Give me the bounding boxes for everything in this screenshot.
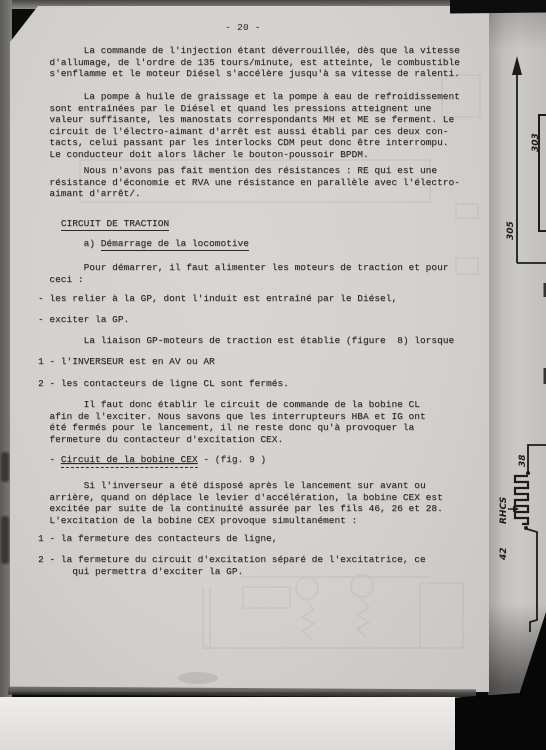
text-line: fermeture du contacteur d'excitation CEX… (38, 434, 483, 446)
document-page: - 20 - La commande de l'injection étant … (10, 6, 489, 692)
binding-mark (1, 452, 9, 482)
box-303-outline (539, 115, 546, 231)
paragraph-3: Nous n'avons pas fait mention des résist… (38, 165, 483, 200)
text-line: L'excitation de la bobine CEX provoque s… (38, 515, 483, 527)
paragraph-10: 1 - l'INVERSEUR est en AV ou AR (38, 356, 483, 368)
text-line: Si l'inverseur a été disposé après le la… (38, 480, 483, 492)
paragraph-5: a) Démarrage de la locomotive (38, 238, 483, 250)
text-line: - Circuit de la bobine CEX - (fig. 9 ) (38, 454, 483, 466)
paragraph-8: - exciter la GP. (38, 314, 483, 326)
circuit-diagram-fragment: 305 303 38 RHCS 42 (495, 0, 546, 700)
text-line: arrière, quand on déplace le levier d'ac… (38, 492, 483, 504)
scanned-document: - 20 - La commande de l'injection étant … (0, 0, 546, 750)
paragraph-15: 1 - la fermeture des contacteurs de lign… (38, 533, 483, 545)
wire-label-305: 305 (506, 221, 516, 240)
text-line: tacts, celui passant par les interlocks … (38, 137, 483, 149)
text-line: 1 - l'INVERSEUR est en AV ou AR (38, 356, 483, 368)
wire-label-38: 38 (518, 454, 528, 467)
wire-38-line (528, 445, 546, 471)
text-line: ceci : (38, 274, 483, 286)
text-line: a) Démarrage de la locomotive (38, 238, 483, 250)
resistor-label-rhcs: RHCS (499, 497, 509, 524)
text-line: 1 - la fermeture des contacteurs de lign… (38, 533, 483, 545)
page-number: - 20 - (38, 22, 448, 33)
paragraph-1: La commande de l'injection étant déverro… (38, 45, 483, 80)
text-line: Pour démarrer, il faut alimenter les mot… (38, 262, 483, 274)
text-line: s'enflamme et le moteur Diésel s'accélèr… (38, 68, 483, 80)
text-line: excitée par suite de la continuité assur… (38, 503, 483, 515)
text-line: - les relier à la GP, dont l'induit est … (38, 293, 483, 305)
text-line: Le conducteur doit alors lâcher le bouto… (38, 149, 483, 161)
text-line: afin de l'exciter. Nous savons que les i… (38, 411, 483, 423)
text-line: La liaison GP-moteurs de traction est ét… (38, 335, 483, 347)
paragraph-6: Pour démarrer, il faut alimenter les mot… (38, 262, 483, 285)
text-line: circuit de l'électro-aimant d'arrêt est … (38, 126, 483, 138)
text-line: valeur suffisante, les manostats corresp… (38, 114, 483, 126)
junction-dot (524, 526, 528, 530)
paragraph-7: - les relier à la GP, dont l'induit est … (38, 293, 483, 305)
text-line: La commande de l'injection étant déverro… (38, 45, 483, 57)
paragraph-4: CIRCUIT DE TRACTION (38, 218, 483, 230)
paragraph-12: Il faut donc établir le circuit de comma… (38, 399, 483, 445)
paragraph-16: 2 - la fermeture du circuit d'excitation… (38, 554, 483, 577)
paragraph-2: La pompe à huile de graissage et la pomp… (38, 91, 483, 160)
text-line: sont entraînées par le Diésel et quand l… (38, 103, 483, 115)
text-line: Il faut donc établir le circuit de comma… (38, 399, 483, 411)
wire-label-42: 42 (499, 547, 509, 561)
text-line: aimant d'arrêt/. (38, 188, 483, 200)
wire-42-line (527, 529, 537, 632)
scan-surface-bottom (0, 697, 472, 750)
junction-dot (526, 471, 530, 475)
binding-mark (1, 516, 9, 564)
arrowhead-icon (512, 56, 522, 75)
paragraph-11: 2 - les contacteurs de ligne CL sont fer… (38, 378, 483, 390)
text-line: 2 - la fermeture du circuit d'excitation… (38, 554, 483, 566)
paragraph-9: La liaison GP-moteurs de traction est ét… (38, 335, 483, 347)
text-line: 2 - les contacteurs de ligne CL sont fer… (38, 378, 483, 390)
resistor-rhcs (515, 476, 528, 524)
paragraph-14: Si l'inverseur a été disposé après le la… (38, 480, 483, 526)
paragraph-13: - Circuit de la bobine CEX - (fig. 9 ) (38, 454, 483, 466)
text-line: - exciter la GP. (38, 314, 483, 326)
text-line: été fermés pour le lancement, il ne rest… (38, 422, 483, 434)
wire-label-303: 303 (531, 133, 541, 152)
text-line: qui permettra d'exciter la GP. (38, 566, 483, 578)
text-line: Nous n'avons pas fait mention des résist… (38, 165, 483, 177)
text-line: CIRCUIT DE TRACTION (38, 218, 483, 230)
page-bottom-edge (8, 687, 476, 698)
text-line: résistance d'économie et RVA une résista… (38, 177, 483, 189)
text-line: La pompe à huile de graissage et la pomp… (38, 91, 483, 103)
text-line: d'allumage, de l'ordre de 135 tours/minu… (38, 57, 483, 69)
